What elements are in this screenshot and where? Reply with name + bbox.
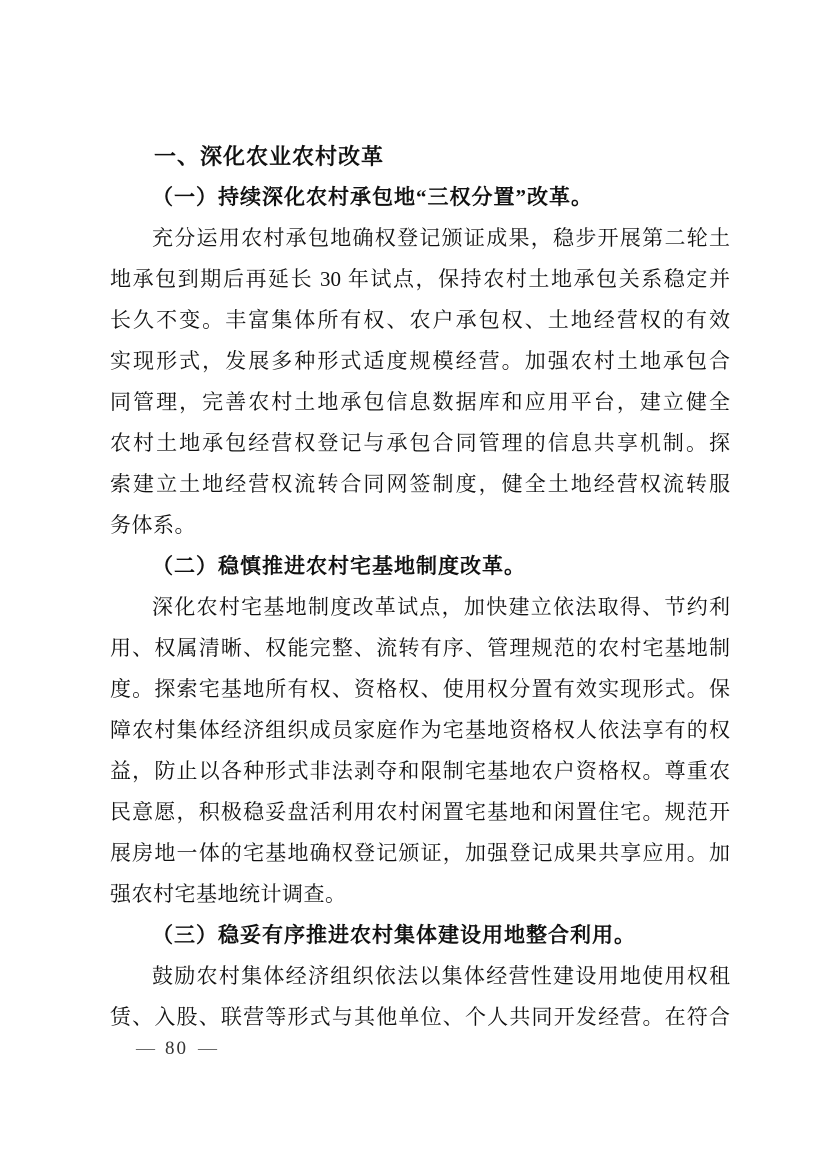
section-1-body-line: 实现形式，发展多种形式适度规模经营。加强农村土地承包合: [110, 341, 730, 382]
section-3-body-line: 赁、入股、联营等形式与其他单位、个人共同开发经营。在符合: [110, 997, 730, 1038]
section-2-subheading: （二）稳慎推进农村宅基地制度改革。: [110, 546, 730, 587]
page-footer: —80—: [126, 1034, 227, 1064]
section-2-body-line: 度。探索宅基地所有权、资格权、使用权分置有效实现形式。保: [110, 669, 730, 710]
section-2-body-line: 用、权属清晰、权能完整、流转有序、管理规范的农村宅基地制: [110, 628, 730, 669]
section-2-body-line: 深化农村宅基地制度改革试点，加快建立依法取得、节约利: [110, 587, 730, 628]
section-1-body-line: 索建立土地经营权流转合同网签制度，健全土地经营权流转服: [110, 464, 730, 505]
section-1-body-line: 长久不变。丰富集体所有权、农户承包权、土地经营权的有效: [110, 300, 730, 341]
page-number: 80: [165, 1038, 188, 1059]
section-2-body-line: 益，防止以各种形式非法剥夺和限制宅基地农户资格权。尊重农: [110, 751, 730, 792]
section-2-body-line: 障农村集体经济组织成员家庭作为宅基地资格权人依法享有的权: [110, 710, 730, 751]
document-page: 一、深化农业农村改革 （一）持续深化农村承包地“三权分置”改革。 充分运用农村承…: [0, 0, 826, 1169]
section-1-subheading: （一）持续深化农村承包地“三权分置”改革。: [110, 177, 730, 218]
chapter-heading: 一、深化农业农村改革: [110, 136, 730, 177]
section-1-body-line: 地承包到期后再延长 30 年试点，保持农村土地承包关系稳定并: [110, 259, 730, 300]
section-2-body-line: 民意愿，积极稳妥盘活利用农村闲置宅基地和闲置住宅。规范开: [110, 792, 730, 833]
footer-right-dash: —: [188, 1038, 227, 1059]
section-1-body-line: 农村土地承包经营权登记与承包合同管理的信息共享机制。探: [110, 423, 730, 464]
section-1-body-line: 同管理，完善农村土地承包信息数据库和应用平台，建立健全: [110, 382, 730, 423]
document-content: 一、深化农业农村改革 （一）持续深化农村承包地“三权分置”改革。 充分运用农村承…: [110, 136, 730, 1038]
section-1-body-line: 务体系。: [110, 505, 730, 546]
section-3-body-line: 鼓励农村集体经济组织依法以集体经营性建设用地使用权租: [110, 956, 730, 997]
section-2-body-line: 展房地一体的宅基地确权登记颁证，加强登记成果共享应用。加: [110, 833, 730, 874]
section-1-body-line: 充分运用农村承包地确权登记颁证成果，稳步开展第二轮土: [110, 218, 730, 259]
section-2-body-line: 强农村宅基地统计调查。: [110, 874, 730, 915]
section-3-subheading: （三）稳妥有序推进农村集体建设用地整合利用。: [110, 915, 730, 956]
footer-left-dash: —: [126, 1038, 165, 1059]
